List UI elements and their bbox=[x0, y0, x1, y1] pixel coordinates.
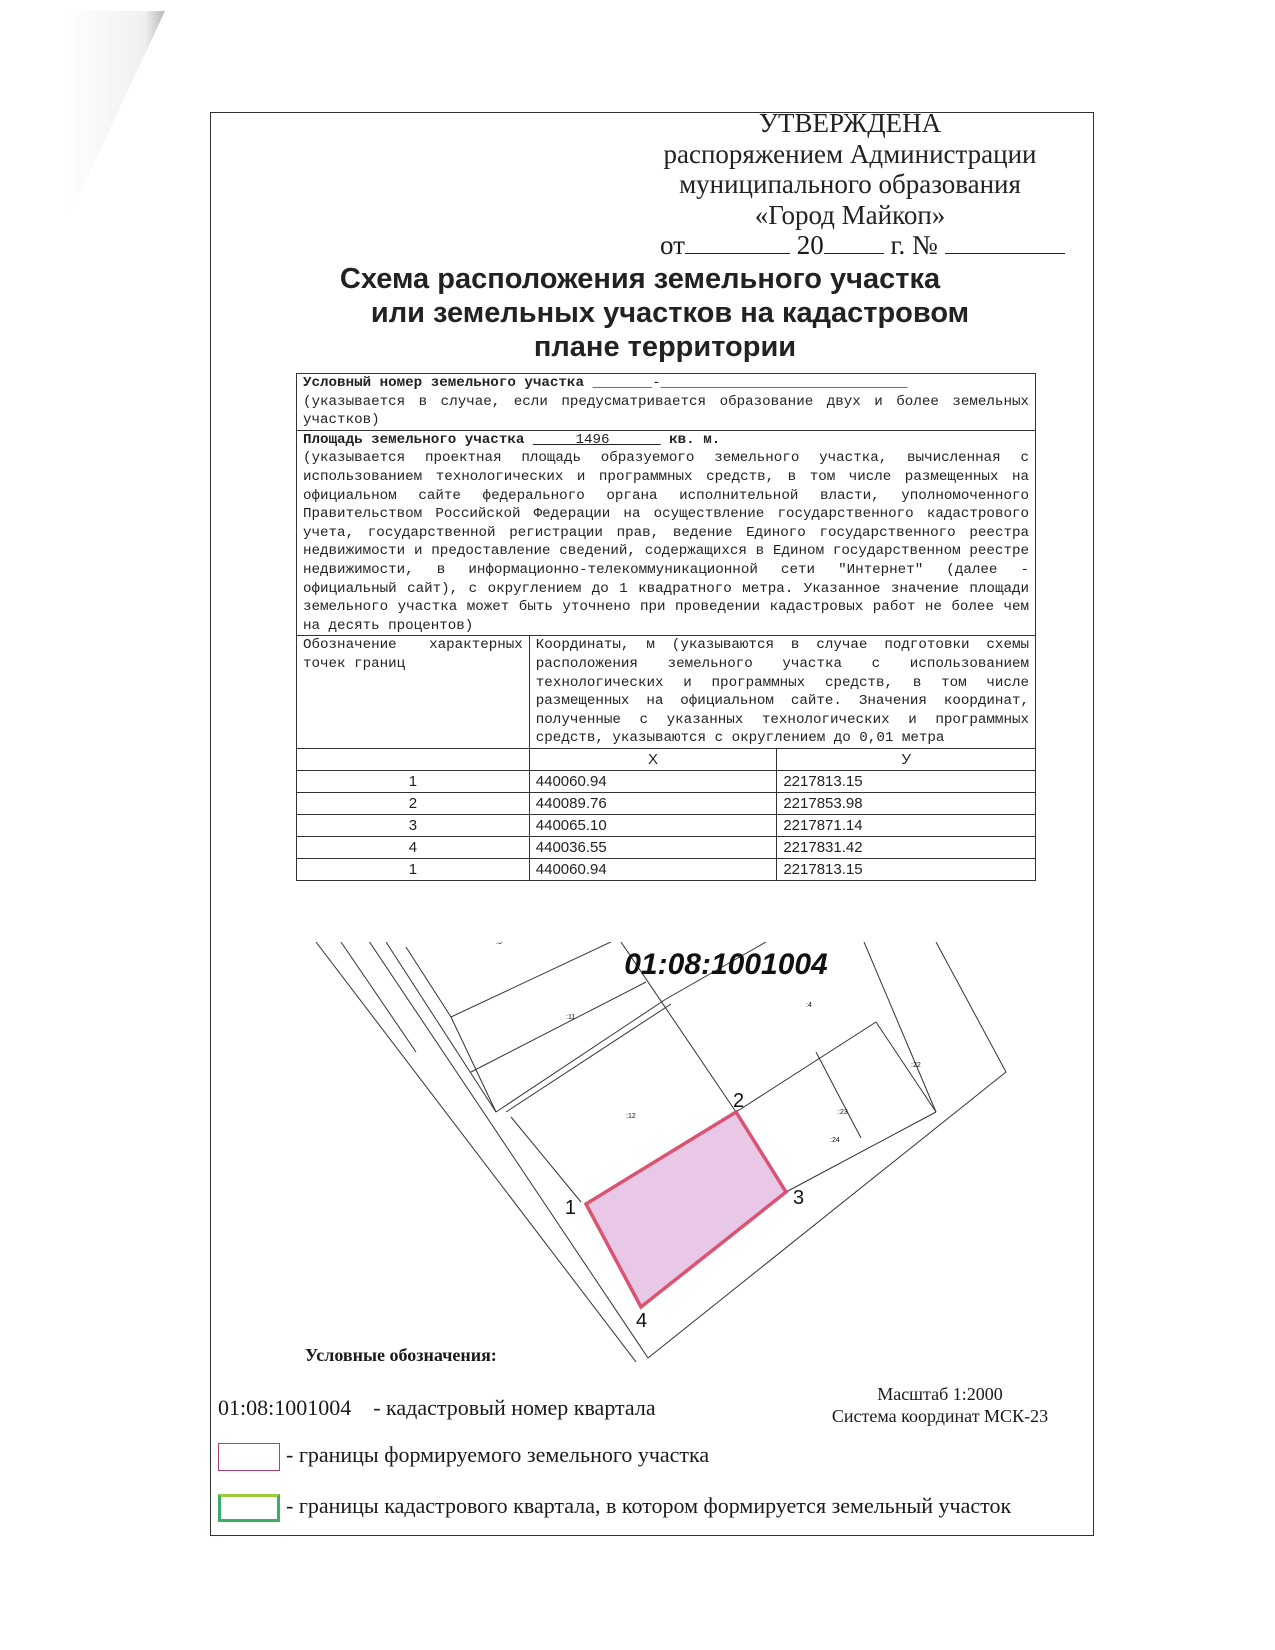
area-number: 1496 bbox=[575, 432, 609, 448]
parcel-label: :24 bbox=[830, 1137, 840, 1144]
parcel-label: :11 bbox=[566, 1014, 575, 1021]
approval-date-line: от 20 г. № bbox=[660, 230, 1065, 261]
coord-row: 1440060.942217813.15 bbox=[297, 858, 1036, 880]
year-prefix: 20 bbox=[797, 230, 824, 260]
coord-point: 4 bbox=[297, 836, 530, 858]
area-row: Площадь земельного участка 1496 кв. м. (… bbox=[297, 430, 1036, 636]
formed-parcel bbox=[586, 1112, 786, 1307]
approval-block: УТВЕРЖДЕНА распоряжением Администрации м… bbox=[640, 108, 1060, 230]
parcel-info-table: Условный номер земельного участка ______… bbox=[296, 373, 1036, 881]
date-blank bbox=[685, 231, 790, 254]
coord-point: 1 bbox=[297, 770, 530, 792]
coord-x: 440060.94 bbox=[529, 770, 777, 792]
coord-row: 4440036.552217831.42 bbox=[297, 836, 1036, 858]
conditional-number-value: _______-_____________________________ bbox=[592, 375, 907, 391]
legend-quarter-bounds: - границы кадастрового квартала, в котор… bbox=[218, 1493, 1011, 1522]
col-y-header: У bbox=[777, 748, 1036, 770]
parcel-label: :12 bbox=[626, 1113, 636, 1120]
year-blank bbox=[824, 231, 884, 254]
vertex-label-3: 3 bbox=[793, 1187, 804, 1209]
area-value: 1496 bbox=[533, 432, 661, 448]
coord-y: 2217871.14 bbox=[777, 814, 1036, 836]
coord-row: 2440089.762217853.98 bbox=[297, 792, 1036, 814]
area-note: (указывается проектная площадь образуемо… bbox=[303, 449, 1029, 635]
col-x-header: X bbox=[529, 748, 777, 770]
coords-header: Координаты, м (указываются в случае подг… bbox=[529, 636, 1035, 749]
coord-y: 2217853.98 bbox=[777, 792, 1036, 814]
title-line-3: плане территории bbox=[310, 330, 1020, 364]
parcel-label: :22 bbox=[911, 1062, 921, 1069]
coord-x: 440036.55 bbox=[529, 836, 777, 858]
green-boundary-swatch-icon bbox=[218, 1494, 280, 1522]
coords-header-row: Обозначение характерных точек границ Коо… bbox=[297, 636, 1036, 749]
parcel-label: :23 bbox=[838, 1109, 848, 1116]
coord-row: 1440060.942217813.15 bbox=[297, 770, 1036, 792]
coord-row: 3440065.102217871.14 bbox=[297, 814, 1036, 836]
conditional-number-row: Условный номер земельного участка ______… bbox=[297, 374, 1036, 431]
coord-x: 440089.76 bbox=[529, 792, 777, 814]
date-prefix: от bbox=[660, 230, 685, 260]
points-header: Обозначение характерных точек границ bbox=[297, 636, 530, 749]
conditional-number-note: (указывается в случае, если предусматрив… bbox=[303, 393, 1029, 430]
approval-line: муниципального образования bbox=[640, 169, 1060, 200]
scale-block: Масштаб 1:2000 Система координат МСК-23 bbox=[820, 1383, 1060, 1427]
area-unit: кв. м. bbox=[669, 432, 720, 448]
legend-quarter-number: 01:08:1001004 - кадастровый номер кварта… bbox=[218, 1395, 656, 1421]
number-blank bbox=[945, 231, 1065, 254]
legend-parcel-desc: - границы формируемого земельного участк… bbox=[286, 1442, 709, 1467]
coord-point: 1 bbox=[297, 858, 530, 880]
coord-point: 2 bbox=[297, 792, 530, 814]
coord-point: 3 bbox=[297, 814, 530, 836]
vertex-label-2: 2 bbox=[733, 1090, 744, 1112]
legend-quarter-bounds-desc: - границы кадастрового квартала, в котор… bbox=[286, 1493, 1011, 1518]
crs-text: Система координат МСК-23 bbox=[820, 1405, 1060, 1427]
number-prefix: г. № bbox=[890, 230, 937, 260]
title-line-1: Схема расположения земельного участка bbox=[260, 262, 1020, 296]
coord-y: 2217813.15 bbox=[777, 858, 1036, 880]
red-boundary-swatch-icon bbox=[218, 1443, 280, 1471]
approval-line: «Город Майкоп» bbox=[640, 200, 1060, 231]
vertex-label-4: 4 bbox=[636, 1310, 647, 1332]
coord-x: 440060.94 bbox=[529, 858, 777, 880]
title-line-2: или земельных участков на кадастровом bbox=[320, 296, 1020, 330]
coord-y: 2217813.15 bbox=[777, 770, 1036, 792]
legend-title: Условные обозначения: bbox=[305, 1345, 497, 1366]
vertex-label-1: 1 bbox=[565, 1197, 576, 1219]
parcel-label: :4 bbox=[806, 1002, 812, 1009]
coord-x: 440065.10 bbox=[529, 814, 777, 836]
page-title: Схема расположения земельного участка ил… bbox=[300, 262, 1020, 364]
approval-line: распоряжением Администрации bbox=[640, 139, 1060, 170]
coord-y: 2217831.42 bbox=[777, 836, 1036, 858]
map-quarter-label: 01:08:1001004 bbox=[624, 948, 828, 981]
legend-quarter-desc: - кадастровый номер квартала bbox=[373, 1395, 655, 1420]
cadastral-map: 01:08:1001004 1 2 3 4 :5 :11 :12 :4 :22 … bbox=[296, 942, 1096, 1362]
scale-text: Масштаб 1:2000 bbox=[820, 1383, 1060, 1405]
conditional-number-label: Условный номер земельного участка bbox=[303, 375, 584, 391]
area-label: Площадь земельного участка bbox=[303, 432, 524, 448]
legend-quarter-code: 01:08:1001004 bbox=[218, 1395, 351, 1420]
approval-line: УТВЕРЖДЕНА bbox=[640, 108, 1060, 139]
parcel-label: :5 bbox=[496, 942, 502, 946]
axis-header-row: X У bbox=[297, 748, 1036, 770]
legend-parcel-bounds: - границы формируемого земельного участк… bbox=[218, 1442, 709, 1471]
